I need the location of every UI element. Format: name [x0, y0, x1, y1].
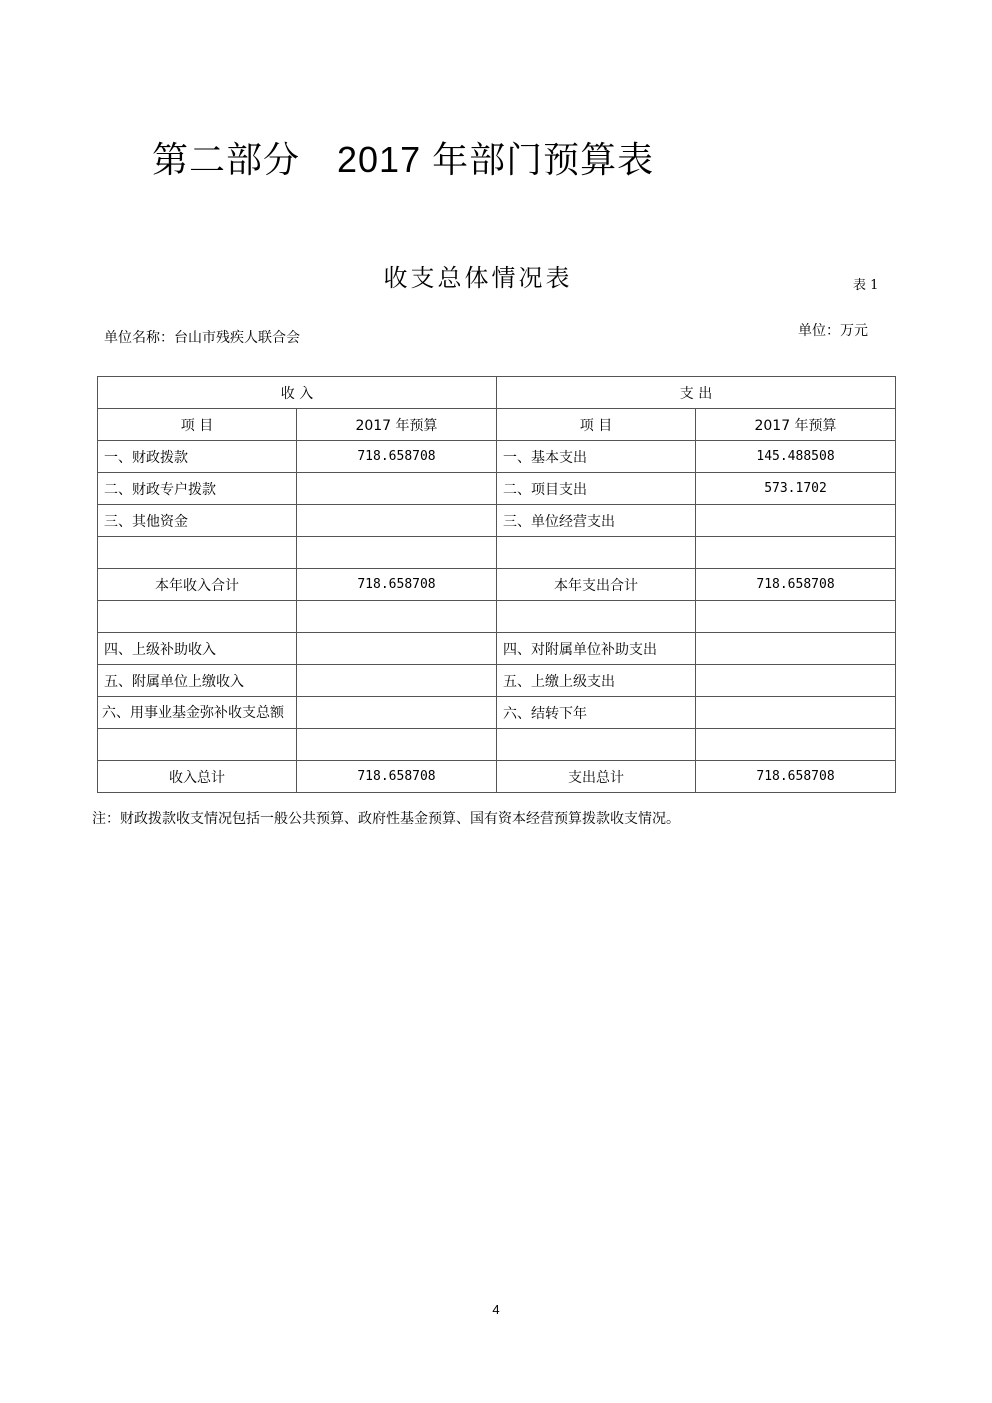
table-row: 三、其他资金 三、单位经营支出 — [98, 505, 896, 537]
income-item: 三、其他资金 — [98, 505, 297, 537]
expense-item: 三、单位经营支出 — [497, 505, 696, 537]
table-row: 五、附属单位上缴收入 五、上缴上级支出 — [98, 665, 896, 697]
expense-item: 四、对附属单位补助支出 — [497, 633, 696, 665]
income-total-label: 收入总计 — [98, 761, 297, 793]
currency-unit-label: 单位：万元 — [798, 320, 868, 340]
table-row: 六、用事业基金弥补收支总额 六、结转下年 — [98, 697, 896, 729]
income-item — [98, 537, 297, 569]
income-subtotal-value: 718.658708 — [297, 569, 497, 601]
expense-value: 573.1702 — [696, 473, 896, 505]
table-row: 二、财政专户拨款 二、项目支出 573.1702 — [98, 473, 896, 505]
income-value — [297, 729, 497, 761]
table-row: 一、财政拨款 718.658708 一、基本支出 145.488508 — [98, 441, 896, 473]
income-value — [297, 633, 497, 665]
income-header: 收 入 — [98, 377, 497, 409]
expense-item: 六、结转下年 — [497, 697, 696, 729]
expense-item — [497, 729, 696, 761]
expense-subtotal-value: 718.658708 — [696, 569, 896, 601]
income-subtotal-label: 本年收入合计 — [98, 569, 297, 601]
expense-total-label: 支出总计 — [497, 761, 696, 793]
page-number: 4 — [0, 1302, 992, 1317]
income-value — [297, 601, 497, 633]
column-header-row: 项 目 2017 年预算 项 目 2017 年预算 — [98, 409, 896, 441]
expense-item: 二、项目支出 — [497, 473, 696, 505]
expense-header: 支 出 — [497, 377, 896, 409]
table-row: 四、上级补助收入 四、对附属单位补助支出 — [98, 633, 896, 665]
table-footnote: 注：财政拨款收支情况包括一般公共预算、政府性基金预算、国有资本经营预算拨款收支情… — [92, 808, 680, 828]
expense-subtotal-label: 本年支出合计 — [497, 569, 696, 601]
income-value — [297, 697, 497, 729]
expense-item: 五、上缴上级支出 — [497, 665, 696, 697]
expense-total-value: 718.658708 — [696, 761, 896, 793]
section-heading: 第二部分 2017 年部门预算表 — [152, 136, 654, 184]
table-title-text: 收支总体情况表 — [384, 264, 573, 292]
total-row: 收入总计 718.658708 支出总计 718.658708 — [98, 761, 896, 793]
income-item: 二、财政专户拨款 — [98, 473, 297, 505]
expense-value — [696, 697, 896, 729]
expense-item: 一、基本支出 — [497, 441, 696, 473]
income-item: 四、上级补助收入 — [98, 633, 297, 665]
income-value — [297, 473, 497, 505]
expense-value — [696, 729, 896, 761]
income-item: 六、用事业基金弥补收支总额 — [98, 697, 297, 729]
income-value — [297, 505, 497, 537]
expense-value — [696, 633, 896, 665]
expense-value — [696, 505, 896, 537]
expense-item — [497, 601, 696, 633]
expense-value — [696, 665, 896, 697]
income-total-value: 718.658708 — [297, 761, 497, 793]
table-row-empty — [98, 601, 896, 633]
income-item: 五、附属单位上缴收入 — [98, 665, 297, 697]
income-budget-col-header: 2017 年预算 — [297, 409, 497, 441]
table-row-empty — [98, 537, 896, 569]
income-item — [98, 729, 297, 761]
expense-value: 145.488508 — [696, 441, 896, 473]
section-header-row: 收 入 支 出 — [98, 377, 896, 409]
table-title: 收支总体情况表 — [0, 261, 992, 295]
income-item — [98, 601, 297, 633]
expense-budget-col-header: 2017 年预算 — [696, 409, 896, 441]
expense-item — [497, 537, 696, 569]
unit-name-label: 单位名称：台山市残疾人联合会 — [104, 327, 300, 347]
income-value — [297, 537, 497, 569]
budget-summary-table: 收 入 支 出 项 目 2017 年预算 项 目 2017 年预算 一、财政拨款… — [97, 376, 896, 793]
table-row-empty — [98, 729, 896, 761]
income-item: 一、财政拨款 — [98, 441, 297, 473]
table-number: 表 1 — [853, 274, 878, 293]
income-value — [297, 665, 497, 697]
expense-item-col-header: 项 目 — [497, 409, 696, 441]
expense-value — [696, 601, 896, 633]
income-value: 718.658708 — [297, 441, 497, 473]
expense-value — [696, 537, 896, 569]
subtotal-row: 本年收入合计 718.658708 本年支出合计 718.658708 — [98, 569, 896, 601]
income-item-col-header: 项 目 — [98, 409, 297, 441]
